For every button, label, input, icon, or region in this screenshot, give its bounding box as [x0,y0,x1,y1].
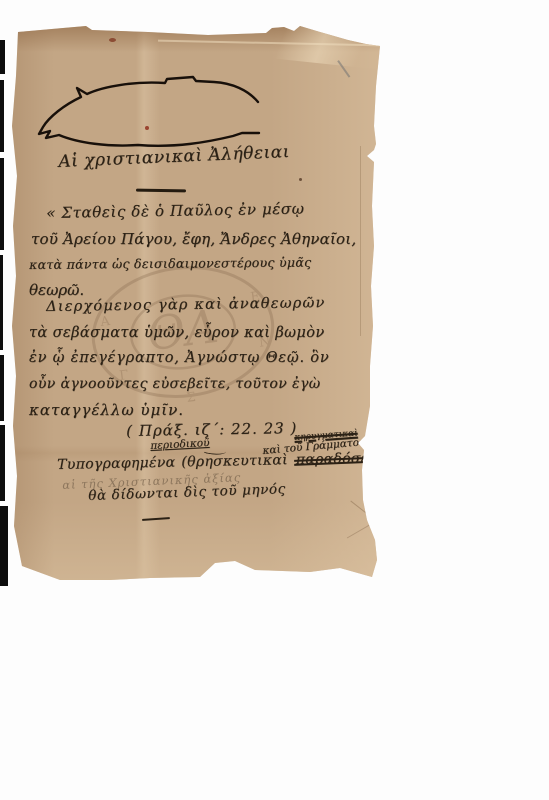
scripture-quote-line: τοῦ Ἀρείου Πάγου, ἔφη, Ἄνδρες Ἀθηναῖοι, [31,230,356,248]
scripture-quote-line: « Σταθεὶς δὲ ὁ Παῦλος ἐν μέσῳ [46,199,305,222]
ink-speck [299,178,302,181]
revision-line: Τυπογραφημένα(θρησκευτικαὶπαραδόσεις [57,450,383,473]
scripture-reference: ( Πράξ. ιζ΄: 22. 23 ) [126,419,297,440]
hand-drawn-oval [36,72,272,150]
revision-word: (θρησκευτικαὶ [181,452,288,470]
scripture-quote-line: ἐν ᾧ ἐπεγέγραπτο, Ἀγνώστῳ Θεῷ. ὃν [29,350,329,366]
scanner-edge-strip [0,355,4,421]
manuscript-paper: ΘΑ Α Γ Ε Ν Σ Αἱ χριστιανικαὶ Ἀλήθειαι « … [8,26,380,582]
scripture-quote-line: κατὰ πάντα ὡς δεισιδαιμονεστέρους ὑμᾶς [29,255,311,272]
paper-crease [360,146,361,336]
paper-crease [347,515,387,539]
scripture-quote-line: οὖν ἀγνοοῦντες εὐσεβεῖτε, τοῦτον ἐγὼ [29,376,321,392]
annotation-insert-word: περιοδικοῦ [150,437,210,452]
title-underline [136,189,186,193]
pencil-mark [338,60,351,77]
paper-crease [272,23,381,70]
scripture-quote-line: θεωρῶ. [29,281,84,299]
paper-crease [350,501,385,529]
stamp-letter: Σ [186,390,197,406]
scanner-edge-strip [0,80,4,152]
end-dash [142,517,170,521]
scanner-edge-strip [0,255,3,350]
scanner-edge-strip [0,158,4,250]
scanner-edge-strip [0,506,8,586]
scanned-document: ΘΑ Α Γ Ε Ν Σ Αἱ χριστιανικαὶ Ἀλήθειαι « … [0,0,549,800]
scripture-quote-line: τὰ σεβάσματα ὑμῶν, εὗρον καὶ βωμὸν [29,325,325,341]
paper-crease [158,40,380,47]
scanner-edge-strip [0,40,5,74]
scripture-quote-line: καταγγέλλω ὑμῖν. [29,401,184,419]
revision-struck-word: παραδόσεις [296,450,383,468]
ink-speck [109,38,116,42]
revision-word: Τυπογραφημένα [57,455,176,473]
scanner-edge-strip [0,425,5,501]
scripture-quote-line: Διερχόμενος γὰρ καὶ ἀναθεωρῶν [46,295,326,315]
